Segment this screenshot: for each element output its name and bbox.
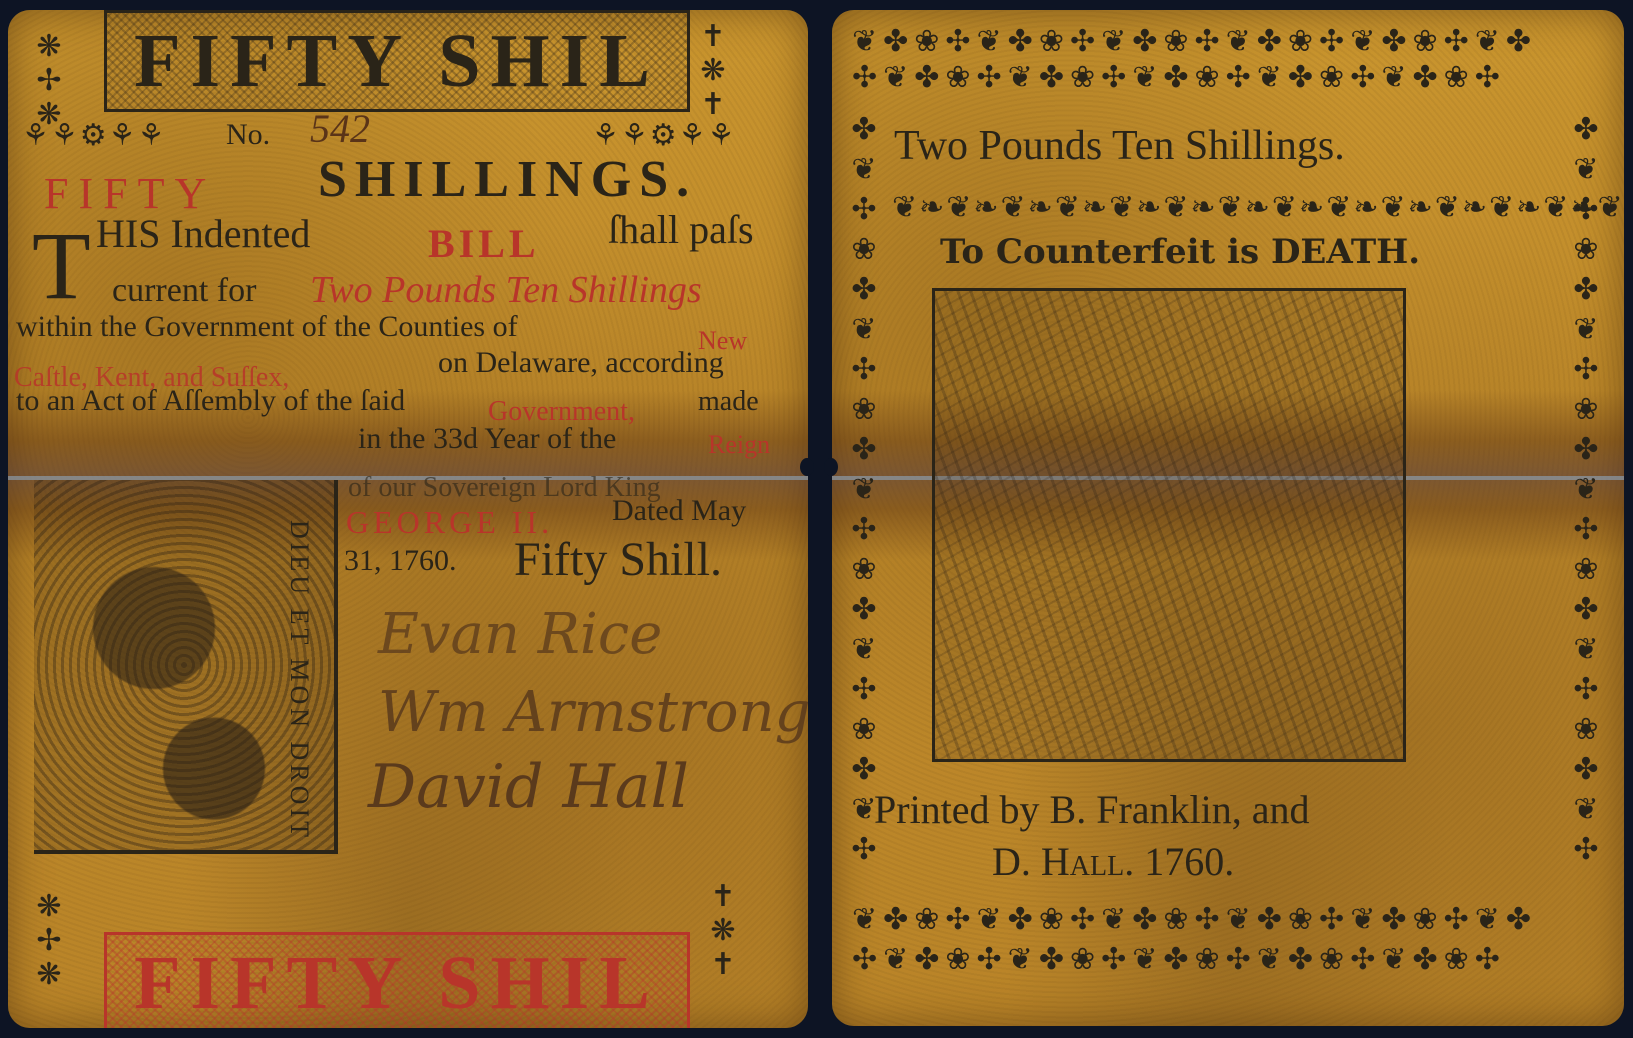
date-text: 31, 1760. <box>344 544 457 578</box>
text-line-indented: HIS Indented <box>96 210 310 257</box>
fold-tear-notch <box>800 458 814 476</box>
banknote-front: ❋✢❋ ✝❋✝ FIFTY SHIL ⚘⚘⚙⚘⚘ ⚘⚘⚙⚘⚘ No. 542 F… <box>8 10 808 1028</box>
text-act-of-assembly: to an Act of Aſſembly of the ſaid <box>16 384 405 418</box>
signature-2: Wm Armstrong <box>378 680 808 745</box>
fifty-shill-text: Fifty Shill. <box>514 532 722 587</box>
bottom-border-ornament: ❦✤❀✣❦✤❀✣❦✤❀✣❦✤❀✣❦✤❀✣❦✤✣❦✤❀✣❦✤❀✣❦✤❀✣❦✤❀✣❦… <box>852 900 1604 980</box>
text-current-for: current for <box>112 272 256 310</box>
back-denomination-title: Two Pounds Ten Shillings. <box>894 122 1345 170</box>
royal-arms-crest: DIEU ET MON DROIT <box>34 480 338 854</box>
text-shall-pass: ſhall paſs <box>608 206 754 253</box>
text-reign: Reign <box>708 430 770 460</box>
text-on-delaware: on Delaware, according <box>438 346 724 380</box>
top-denomination-banner: FIFTY SHIL <box>104 10 690 112</box>
crest-motto: DIEU ET MON DROIT <box>284 520 314 841</box>
serial-label: No. <box>226 118 270 152</box>
fold-tear-notch <box>824 458 838 476</box>
text-made: made <box>698 386 759 418</box>
bottom-denomination-banner: FIFTY SHIL <box>104 932 690 1028</box>
top-border-ornament: ❦✤❀✣❦✤❀✣❦✤❀✣❦✤❀✣❦✤❀✣❦✤✣❦✤❀✣❦✤❀✣❦✤❀✣❦✤❀✣❦… <box>852 24 1604 96</box>
counterfeit-warning: To Counterfeit is DEATH. <box>940 232 1420 272</box>
signature-1: Evan Rice <box>378 602 662 667</box>
left-border-ornament: ✤ ❦ ✣ ❀ ✤ ❦ ✣ ❀ ✤ ❦ ✣ ❀ ✤ ❦ ✣ ❀ ✤ ❦ ✣ <box>842 110 892 900</box>
ornament-row-left: ⚘⚘⚙⚘⚘ <box>22 118 166 153</box>
text-within-government: within the Government of the Counties of <box>16 310 518 344</box>
right-border-ornament: ✤ ❦ ✣ ❀ ✤ ❦ ✣ ❀ ✤ ❦ ✣ ❀ ✤ ❦ ✣ ❀ ✤ ❦ ✣ <box>1564 110 1614 900</box>
nature-print-leaf-panel <box>932 288 1406 762</box>
initial-letter: T <box>32 210 91 321</box>
corner-ornament-icon: ✝❋✝ <box>688 880 758 982</box>
corner-ornament-icon: ❋✢❋ <box>14 890 84 992</box>
text-33d-year: in the 33d Year of the <box>358 422 616 456</box>
printer-credit-line1: Printed by B. Franklin, and <box>874 786 1310 833</box>
ornament-divider: ❦❧❦❧❦❧❦❧❦❧❦❧❦❧❦❧❦❧❦❧❦❧❦❧❦❧❦❧ <box>892 190 1624 225</box>
bill-word: BILL <box>428 220 540 267</box>
denomination-black: SHILLINGS. <box>318 150 697 209</box>
serial-number: 542 <box>310 105 370 152</box>
ornament-row-right: ⚘⚘⚙⚘⚘ <box>592 118 736 153</box>
text-dated: Dated May <box>612 494 746 528</box>
signature-3: David Hall <box>368 752 689 822</box>
amount-text: Two Pounds Ten Shillings <box>310 268 702 312</box>
banknote-back: ❦✤❀✣❦✤❀✣❦✤❀✣❦✤❀✣❦✤❀✣❦✤✣❦✤❀✣❦✤❀✣❦✤❀✣❦✤❀✣❦… <box>832 10 1624 1026</box>
corner-ornament-icon: ❋✢❋ <box>14 30 84 132</box>
printer-credit-line2: D. Hall. 1760. <box>992 838 1234 885</box>
